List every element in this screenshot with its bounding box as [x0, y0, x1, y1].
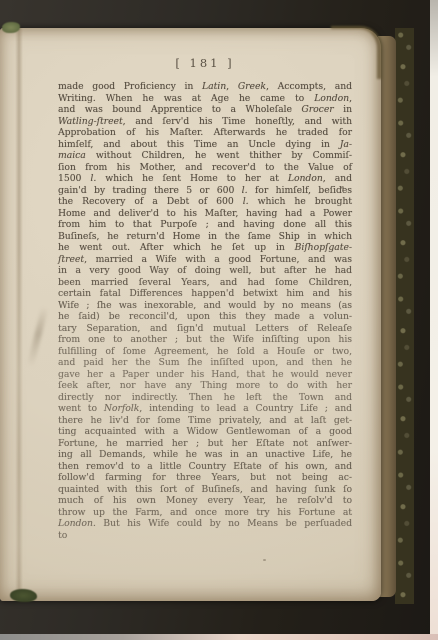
text-block: made good Proficiency in Latin, Greek, A… — [58, 81, 352, 542]
catchword: to — [58, 530, 352, 542]
text-line: Wife ; ſhe was inexorable, and would by … — [58, 300, 352, 312]
text-line: Writing. When he was at Age he came to L… — [58, 93, 352, 105]
text-line: been married ſeveral Years, and had ſome… — [58, 277, 352, 289]
text-line: tary Separation, and ſign'd mutual Lette… — [58, 323, 352, 335]
text-line: himſelf, and about this Time an Uncle dy… — [58, 139, 352, 151]
text-line: the Recovery of a Debt of 600 l. which h… — [58, 196, 352, 208]
text-line: quainted with this ſort of Buſineſs, and… — [58, 484, 352, 496]
text-line: Approbation of his Maſter. Afterwards he… — [58, 127, 352, 139]
text-line: 1500 l. which he ſent Home to her at Lon… — [58, 173, 352, 185]
text-line: gain'd by trading there 5 or 600 l. for … — [58, 185, 352, 197]
text-line: from him to that Purpoſe ; and having do… — [58, 219, 352, 231]
text-lines: made good Proficiency in Latin, Greek, A… — [58, 81, 352, 530]
text-line: London. But his Wife could by no Means b… — [58, 518, 352, 530]
text-line: Home and deliver'd to his Maſter, having… — [58, 208, 352, 220]
scanned-photo-background: [ 181 ] made good Proficiency in Latin, … — [0, 0, 438, 640]
green-patch-top-left — [2, 22, 20, 33]
text-line: gave her a Paper under his Hand, that he… — [58, 369, 352, 381]
photo-bottom-edge-strip — [0, 634, 438, 640]
page-corner-edge — [331, 26, 382, 79]
text-line: ting acquainted with a Widow Gentlewoman… — [58, 426, 352, 438]
text-line: he ſaid) be reconcil'd, upon this they m… — [58, 311, 352, 323]
text-line: ſeek after, nor have any Thing more to d… — [58, 380, 352, 392]
book-page: [ 181 ] made good Proficiency in Latin, … — [0, 28, 381, 601]
text-line: ing all Demands, while he was in an unac… — [58, 449, 352, 461]
green-patch-bottom-left — [10, 589, 37, 602]
page-number: [ 181 ] — [58, 56, 352, 70]
text-line: much of his own Money every Year, he reſ… — [58, 495, 352, 507]
text-line: fulfilling of ſome Agreement, he ſold a … — [58, 346, 352, 358]
text-line: certain fatal Differences happen'd betwi… — [58, 288, 352, 300]
text-line: and was bound Apprentice to a Wholeſale … — [58, 104, 352, 116]
book-binding-edge — [395, 28, 414, 604]
text-line: in a very good Way of doing well, but af… — [58, 265, 352, 277]
text-line: maica without Children, he went thither … — [58, 150, 352, 162]
text-line: follow'd farming for three Years, but no… — [58, 472, 352, 484]
text-line: he went out. After which he ſet up in Bi… — [58, 242, 352, 254]
text-line: ſtreet, married a Wife with a good Fortu… — [58, 254, 352, 266]
text-line: went to Norfolk, intending to lead a Cou… — [58, 403, 352, 415]
text-line: then remov'd to a little Country Eſtate … — [58, 461, 352, 473]
text-line: there he liv'd for ſome Time privately, … — [58, 415, 352, 427]
photo-right-edge-strip — [430, 0, 438, 640]
text-line: throw up the Farm, and once more try his… — [58, 507, 352, 519]
text-line: and paid her the Sum ſhe inſiſted upon, … — [58, 357, 352, 369]
text-line: directly nor indirectly. Then he left th… — [58, 392, 352, 404]
page-smudge — [27, 306, 49, 368]
text-line: Watling-ſtreet, and ſerv'd his Time hone… — [58, 116, 352, 128]
ink-speck — [263, 559, 266, 561]
text-line: Buſineſs, he return'd Home in the ſame S… — [58, 231, 352, 243]
text-line: ſion from his Mother, and recover'd to t… — [58, 162, 352, 174]
text-line: from one to another ; but the Wife inſiſ… — [58, 334, 352, 346]
text-line: made good Proficiency in Latin, Greek, A… — [58, 81, 352, 93]
text-line: Fortune, he married her ; but her Eſtate… — [58, 438, 352, 450]
